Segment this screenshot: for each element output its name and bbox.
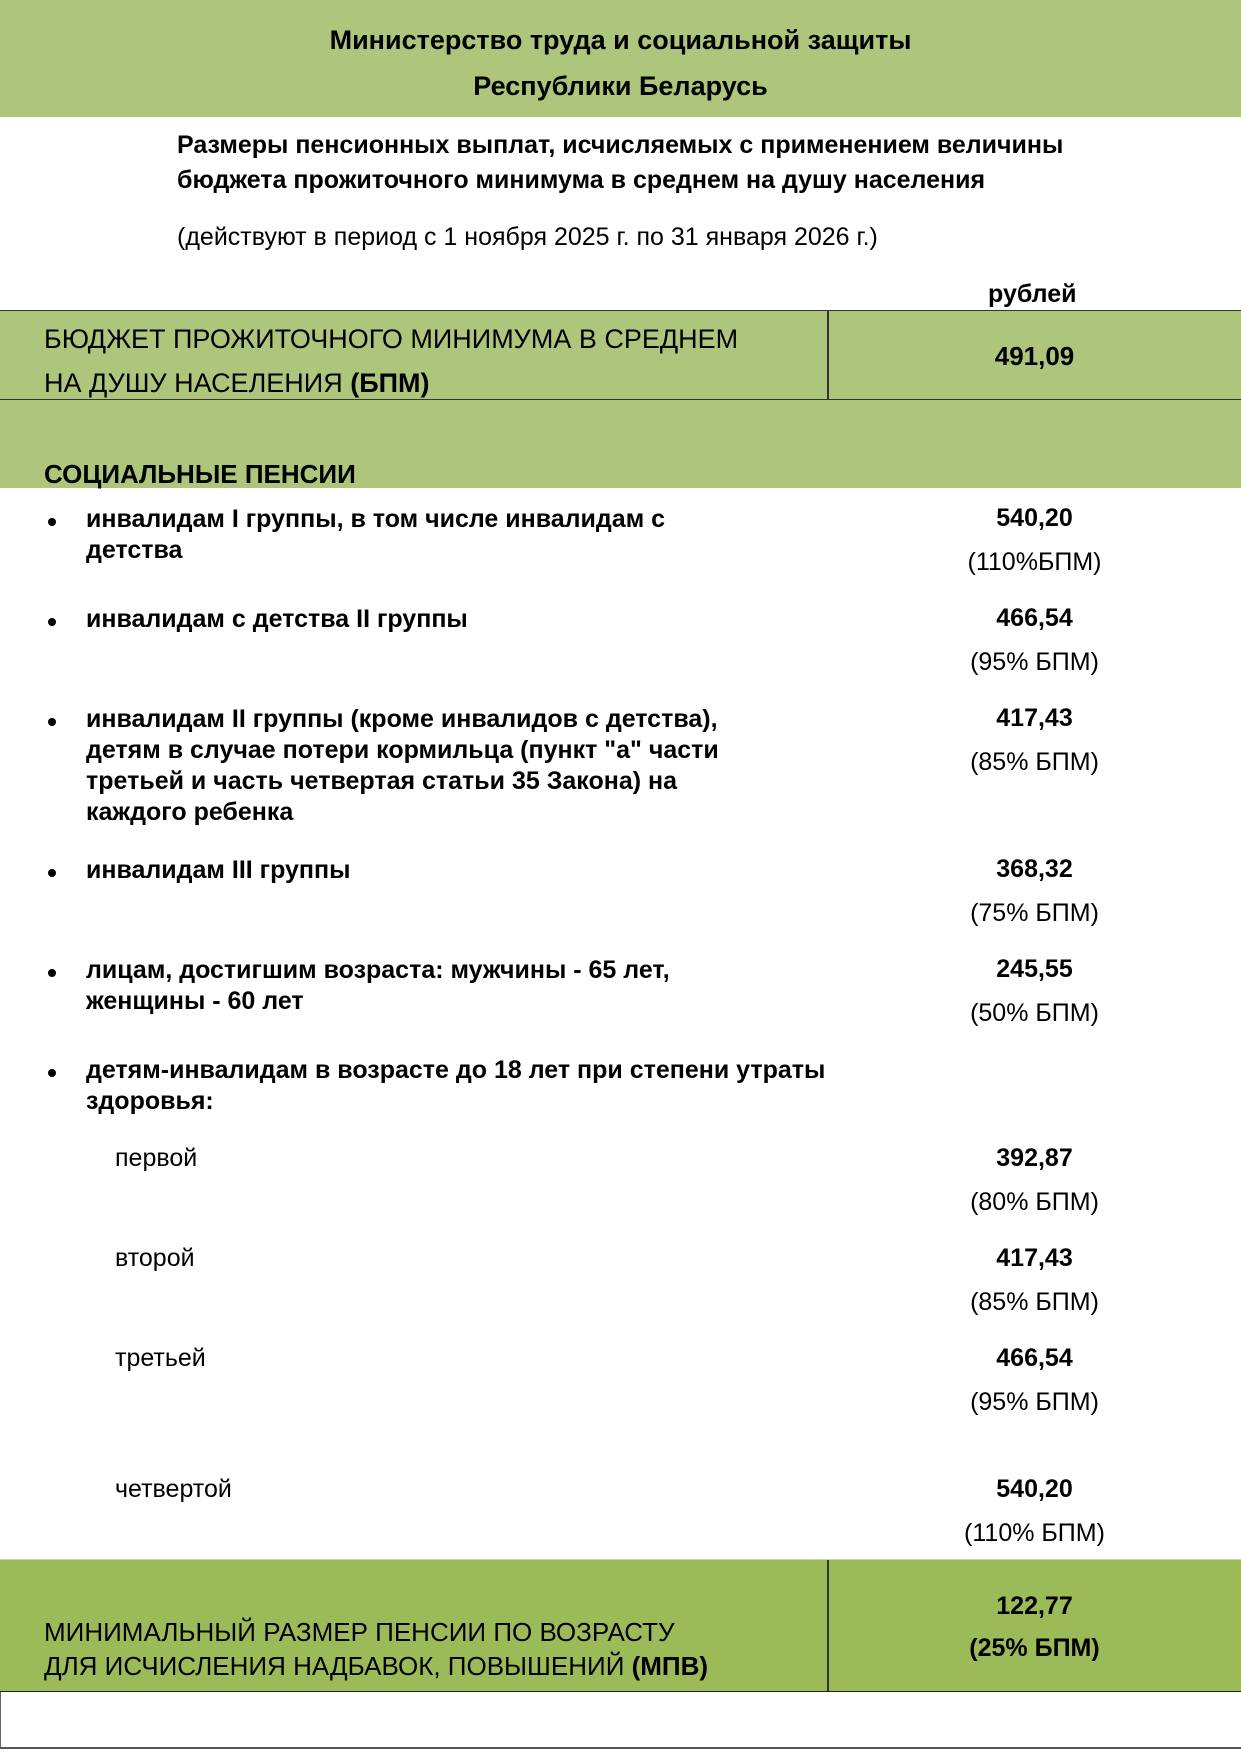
mpv-amount: 122,77 [828,1592,1241,1621]
pension-item-label: инвалидам II группы (кроме инвалидов с д… [86,704,916,828]
pension-item-label: инвалидам с детства II группы [86,604,916,635]
bullet-icon [48,718,56,726]
bpm-abbr: (БПМ) [350,368,429,398]
pension-percent: (85% БПМ) [828,748,1241,777]
degree-percent: (110% БПМ) [828,1519,1241,1548]
degree-label: третьей [115,1344,206,1373]
social-pensions-title: СОЦИАЛЬНЫЕ ПЕНСИИ [44,459,356,490]
column-divider [827,1560,829,1691]
degree-label: четвертой [115,1475,232,1504]
validity-period: (действуют в период с 1 ноября 2025 г. п… [177,223,878,252]
mpv-label-line2: ДЛЯ ИСЧИСЛЕНИЯ НАДБАВОК, ПОВЫШЕНИЙ (МПВ) [44,1649,708,1683]
pension-amount: 417,43 [828,704,1241,733]
bullet-icon [48,1069,56,1077]
pension-item-label: инвалидам I группы, в том числе инвалида… [86,504,916,566]
degree-label: второй [115,1244,195,1273]
degree-percent: (80% БПМ) [828,1188,1241,1217]
degree-amount: 466,54 [828,1344,1241,1373]
bpm-label-text: НА ДУШУ НАСЕЛЕНИЯ [44,368,350,398]
ministry-name-line1: Министерство труда и социальной защиты [0,25,1241,56]
ministry-name-line2: Республики Беларусь [0,71,1241,102]
mpv-label-line1: МИНИМАЛЬНЫЙ РАЗМЕР ПЕНСИИ ПО ВОЗРАСТУ [44,1615,675,1649]
header-band: Министерство труда и социальной защиты Р… [0,0,1241,117]
bullet-icon [48,869,56,877]
pension-amount: 245,55 [828,955,1241,984]
pension-amount: 368,32 [828,855,1241,884]
mpv-row: МИНИМАЛЬНЫЙ РАЗМЕР ПЕНСИИ ПО ВОЗРАСТУ ДЛ… [0,1559,1241,1692]
document-title-line1: Размеры пенсионных выплат, исчисляемых с… [177,131,1063,160]
pension-item-label: инвалидам III группы [86,855,916,886]
mpv-percent: (25% БПМ) [828,1634,1241,1663]
bpm-label-line1: БЮДЖЕТ ПРОЖИТОЧНОГО МИНИМУМА В СРЕДНЕМ [44,324,738,355]
bullet-icon [48,969,56,977]
bullet-icon [48,518,56,526]
degree-percent: (95% БПМ) [828,1388,1241,1417]
pension-item-label: лицам, достигшим возраста: мужчины - 65 … [86,955,916,1017]
pension-amount: 466,54 [828,604,1241,633]
document-title-line2: бюджета прожиточного минимума в среднем … [177,166,985,195]
pension-item-label: детям-инвалидам в возрасте до 18 лет при… [86,1055,916,1117]
bpm-row: БЮДЖЕТ ПРОЖИТОЧНОГО МИНИМУМА В СРЕДНЕМ Н… [0,310,1241,400]
pension-percent: (110%БПМ) [828,548,1241,577]
bullet-icon [48,618,56,626]
pension-percent: (75% БПМ) [828,899,1241,928]
mpv-abbr: (МПВ) [632,1651,708,1681]
degree-amount: 417,43 [828,1244,1241,1273]
currency-units: рублей [988,280,1077,309]
bpm-value: 491,09 [828,341,1241,372]
degree-label: первой [115,1144,197,1173]
degree-amount: 392,87 [828,1144,1241,1173]
mpv-label-text: ДЛЯ ИСЧИСЛЕНИЯ НАДБАВОК, ПОВЫШЕНИЙ [44,1651,632,1681]
pension-percent: (50% БПМ) [828,999,1241,1028]
pension-percent: (95% БПМ) [828,648,1241,677]
pension-amount: 540,20 [828,504,1241,533]
bpm-label-line2: НА ДУШУ НАСЕЛЕНИЯ (БПМ) [44,368,430,399]
degree-percent: (85% БПМ) [828,1288,1241,1317]
empty-footer-row [0,1692,1241,1749]
degree-amount: 540,20 [828,1475,1241,1504]
